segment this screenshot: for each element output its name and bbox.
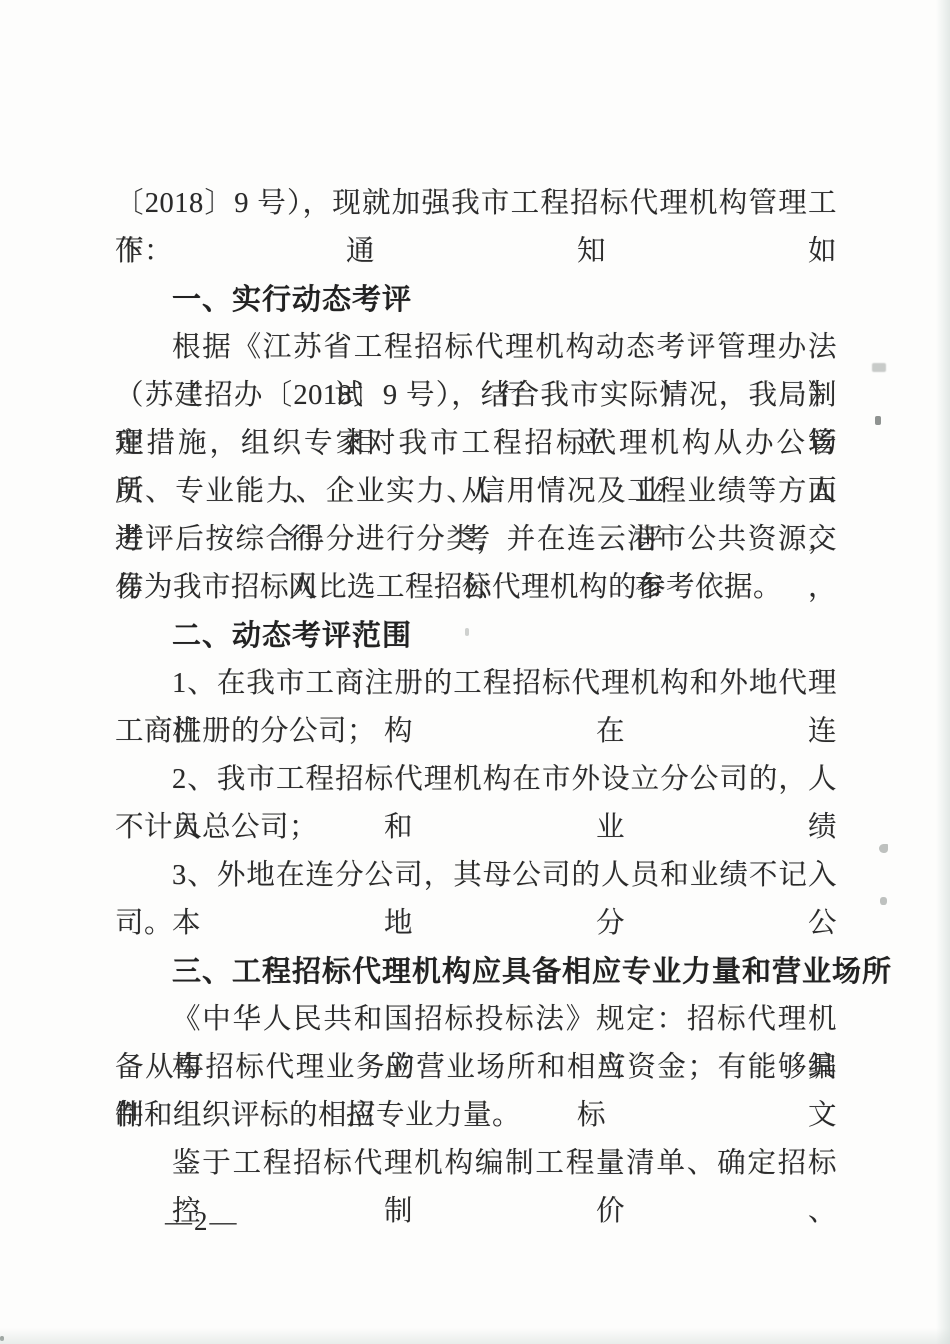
text-line: 1、在我市工商注册的工程招标代理机构和外地代理机构在连 <box>115 660 837 708</box>
text-line: 鉴于工程招标代理机构编制工程量清单、确定招标控制价、 <box>115 1140 837 1188</box>
scan-edge-shadow-bottom <box>0 1328 950 1344</box>
scan-artifact <box>872 363 886 372</box>
text-line: 作为我市招标人比选工程招标代理机构的参考依据。 <box>115 564 837 612</box>
page-number: —2— <box>165 1204 239 1238</box>
document-body: 〔2018〕9 号），现就加强我市工程招标代理机构管理工作通知如 下： 一、实行… <box>115 180 837 1188</box>
section-heading: 三、工程招标代理机构应具备相应专业力量和营业场所 <box>115 948 837 996</box>
text-line: 《中华人民共和国招标投标法》规定：招标代理机构应当具 <box>115 996 837 1044</box>
scan-artifact <box>879 844 888 853</box>
text-line: 〔2018〕9 号），现就加强我市工程招标代理机构管理工作通知如 <box>115 180 837 228</box>
section-heading: 一、实行动态考评 <box>115 276 837 324</box>
text-line: 员、专业能力、企业实力、信用情况及工程业绩等方面进行考评， <box>115 468 837 516</box>
section-heading: 二、动态考评范围 <box>115 612 837 660</box>
scan-artifact <box>880 897 887 905</box>
text-line: 备从事招标代理业务的营业场所和相应资金；有能够编制招标文 <box>115 1044 837 1092</box>
document-page: 〔2018〕9 号），现就加强我市工程招标代理机构管理工作通知如 下： 一、实行… <box>0 0 950 1344</box>
text-line: 理措施，组织专家对我市工程招标代理机构从办公场所、从业人 <box>115 420 837 468</box>
scan-artifact <box>0 1336 4 1341</box>
scan-edge-shadow-right <box>936 0 950 1344</box>
text-line: （苏建招办〔2018〕9 号），结合我市实际情况，我局制定相应管 <box>115 372 837 420</box>
scan-artifact <box>875 416 881 425</box>
text-line: 根据《江苏省工程招标代理机构动态考评管理办法（试行）》 <box>115 324 837 372</box>
text-line: 3、外地在连分公司，其母公司的人员和业绩不记入本地分公 <box>115 852 837 900</box>
text-line: 考评后按综合得分进行分类，并在连云港市公共资源交易网公布， <box>115 516 837 564</box>
text-line: 2、我市工程招标代理机构在市外设立分公司的，人员和业绩 <box>115 756 837 804</box>
